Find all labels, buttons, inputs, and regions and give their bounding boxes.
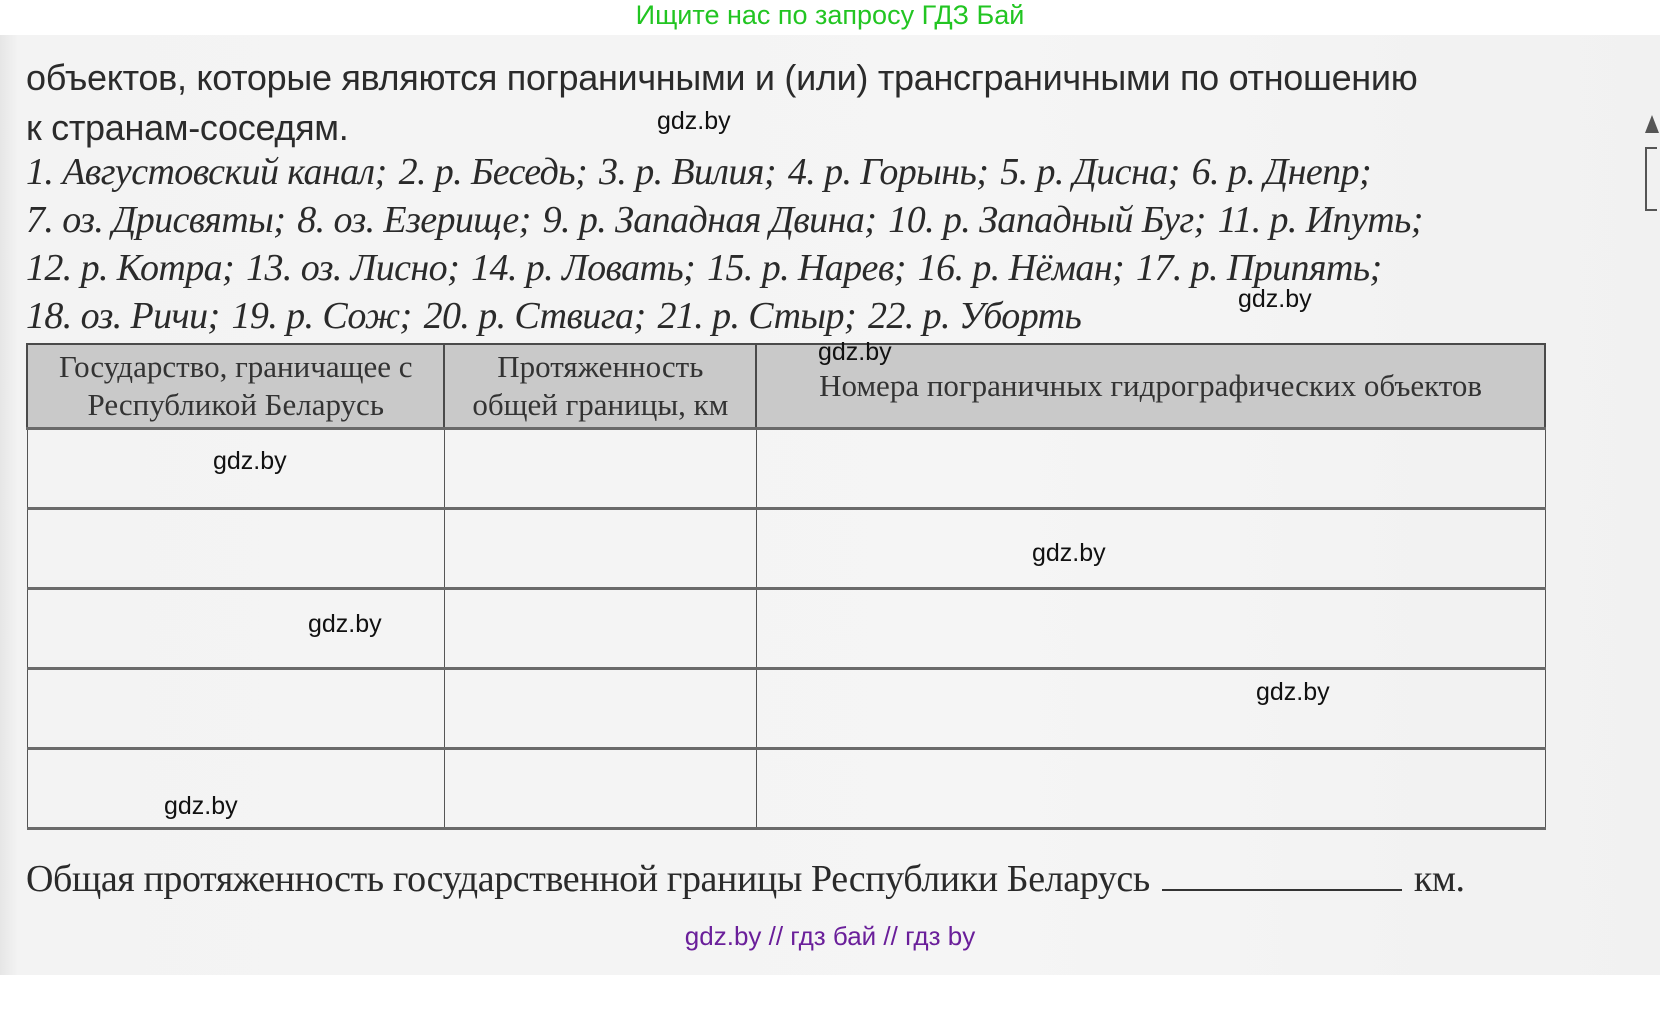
border-length-cell[interactable] bbox=[444, 669, 756, 749]
hydrographic-object: 9. р. Западная Двина; bbox=[543, 199, 877, 241]
total-border-sentence: Общая протяженность государственной гран… bbox=[26, 857, 1465, 901]
hydrographic-object: 5. р. Дисна; bbox=[1000, 151, 1179, 193]
object-numbers-cell[interactable] bbox=[756, 669, 1545, 749]
watermark: gdz.by bbox=[1238, 285, 1312, 314]
watermark: gdz.by bbox=[164, 792, 238, 821]
watermark: gdz.by bbox=[308, 610, 382, 639]
country-cell[interactable] bbox=[27, 509, 444, 589]
hydrographic-object: 17. р. Припять; bbox=[1136, 247, 1382, 289]
hydrographic-object: 15. р. Нарев; bbox=[707, 247, 906, 289]
border-length-cell[interactable] bbox=[444, 509, 756, 589]
hydrographic-object: 3. р. Вилия; bbox=[599, 151, 776, 193]
total-border-unit: км. bbox=[1414, 858, 1465, 900]
scanned-page: объектов, которые являются пограничными … bbox=[0, 35, 1660, 975]
objects-line: 1. Августовский канал;2. р. Беседь;3. р.… bbox=[26, 148, 1435, 196]
top-banner: Ищите нас по запросу ГДЗ Бай bbox=[0, 0, 1660, 34]
hydrographic-object: 20. р. Ствига; bbox=[424, 295, 646, 337]
table-row bbox=[27, 749, 1545, 829]
objects-line: 7. оз. Дрисвяты;8. оз. Езерище;9. р. Зап… bbox=[26, 196, 1435, 244]
header-border-length: Протяженность общей границы, км bbox=[444, 344, 756, 429]
watermark: gdz.by bbox=[1256, 678, 1330, 707]
hydrographic-object: 7. оз. Дрисвяты; bbox=[26, 199, 285, 241]
object-numbers-cell[interactable] bbox=[756, 429, 1545, 509]
intro-line-1: объектов, которые являются пограничными … bbox=[26, 53, 1417, 103]
watermark: gdz.by bbox=[657, 107, 731, 136]
hydrographic-object: 18. оз. Ричи; bbox=[26, 295, 220, 337]
hydrographic-object: 1. Августовский канал; bbox=[26, 151, 387, 193]
hydrographic-object: 8. оз. Езерище; bbox=[297, 199, 530, 241]
objects-line: 12. р. Котра;13. оз. Лисно;14. р. Ловать… bbox=[26, 244, 1435, 292]
object-numbers-cell[interactable] bbox=[756, 749, 1545, 829]
header-country: Государство, граничащее с Республикой Бе… bbox=[27, 344, 444, 429]
objects-line: 18. оз. Ричи;19. р. Сож;20. р. Ствига;21… bbox=[26, 292, 1435, 340]
hydrographic-object: 10. р. Западный Буг; bbox=[888, 199, 1205, 241]
table-row bbox=[27, 589, 1545, 669]
object-numbers-cell[interactable] bbox=[756, 509, 1545, 589]
margin-marker-icon bbox=[1645, 115, 1657, 235]
table-row bbox=[27, 509, 1545, 589]
hydrographic-object: 6. р. Днепр; bbox=[1192, 151, 1371, 193]
border-length-cell[interactable] bbox=[444, 589, 756, 669]
hydrographic-object: 12. р. Котра; bbox=[26, 247, 234, 289]
total-border-answer-blank[interactable] bbox=[1162, 859, 1402, 891]
hydrographic-object: 19. р. Сож; bbox=[232, 295, 412, 337]
hydrographic-object: 14. р. Ловать; bbox=[471, 247, 695, 289]
watermark: gdz.by bbox=[818, 338, 892, 367]
watermark: gdz.by bbox=[213, 447, 287, 476]
country-cell[interactable] bbox=[27, 669, 444, 749]
bottom-banner: gdz.by // гдз бай // гдз by bbox=[0, 918, 1660, 954]
hydrographic-object: 11. р. Ипуть; bbox=[1218, 199, 1423, 241]
hydrographic-object: 4. р. Горынь; bbox=[788, 151, 988, 193]
border-length-cell[interactable] bbox=[444, 749, 756, 829]
hydrographic-object: 2. р. Беседь; bbox=[399, 151, 587, 193]
hydrographic-object: 16. р. Нёман; bbox=[918, 247, 1124, 289]
hydrographic-object: 13. оз. Лисно; bbox=[246, 247, 459, 289]
intro-text: объектов, которые являются пограничными … bbox=[26, 53, 1417, 153]
hydrographic-objects-list: 1. Августовский канал;2. р. Беседь;3. р.… bbox=[26, 148, 1435, 340]
object-numbers-cell[interactable] bbox=[756, 589, 1545, 669]
hydrographic-object: 22. р. Уборть bbox=[868, 295, 1081, 337]
table-header-row: Государство, граничащее с Республикой Бе… bbox=[27, 344, 1545, 429]
border-table: Государство, граничащее с Республикой Бе… bbox=[26, 343, 1546, 830]
watermark: gdz.by bbox=[1032, 539, 1106, 568]
total-border-label: Общая протяженность государственной гран… bbox=[26, 858, 1150, 900]
hydrographic-object: 21. р. Стыр; bbox=[658, 295, 857, 337]
border-length-cell[interactable] bbox=[444, 429, 756, 509]
